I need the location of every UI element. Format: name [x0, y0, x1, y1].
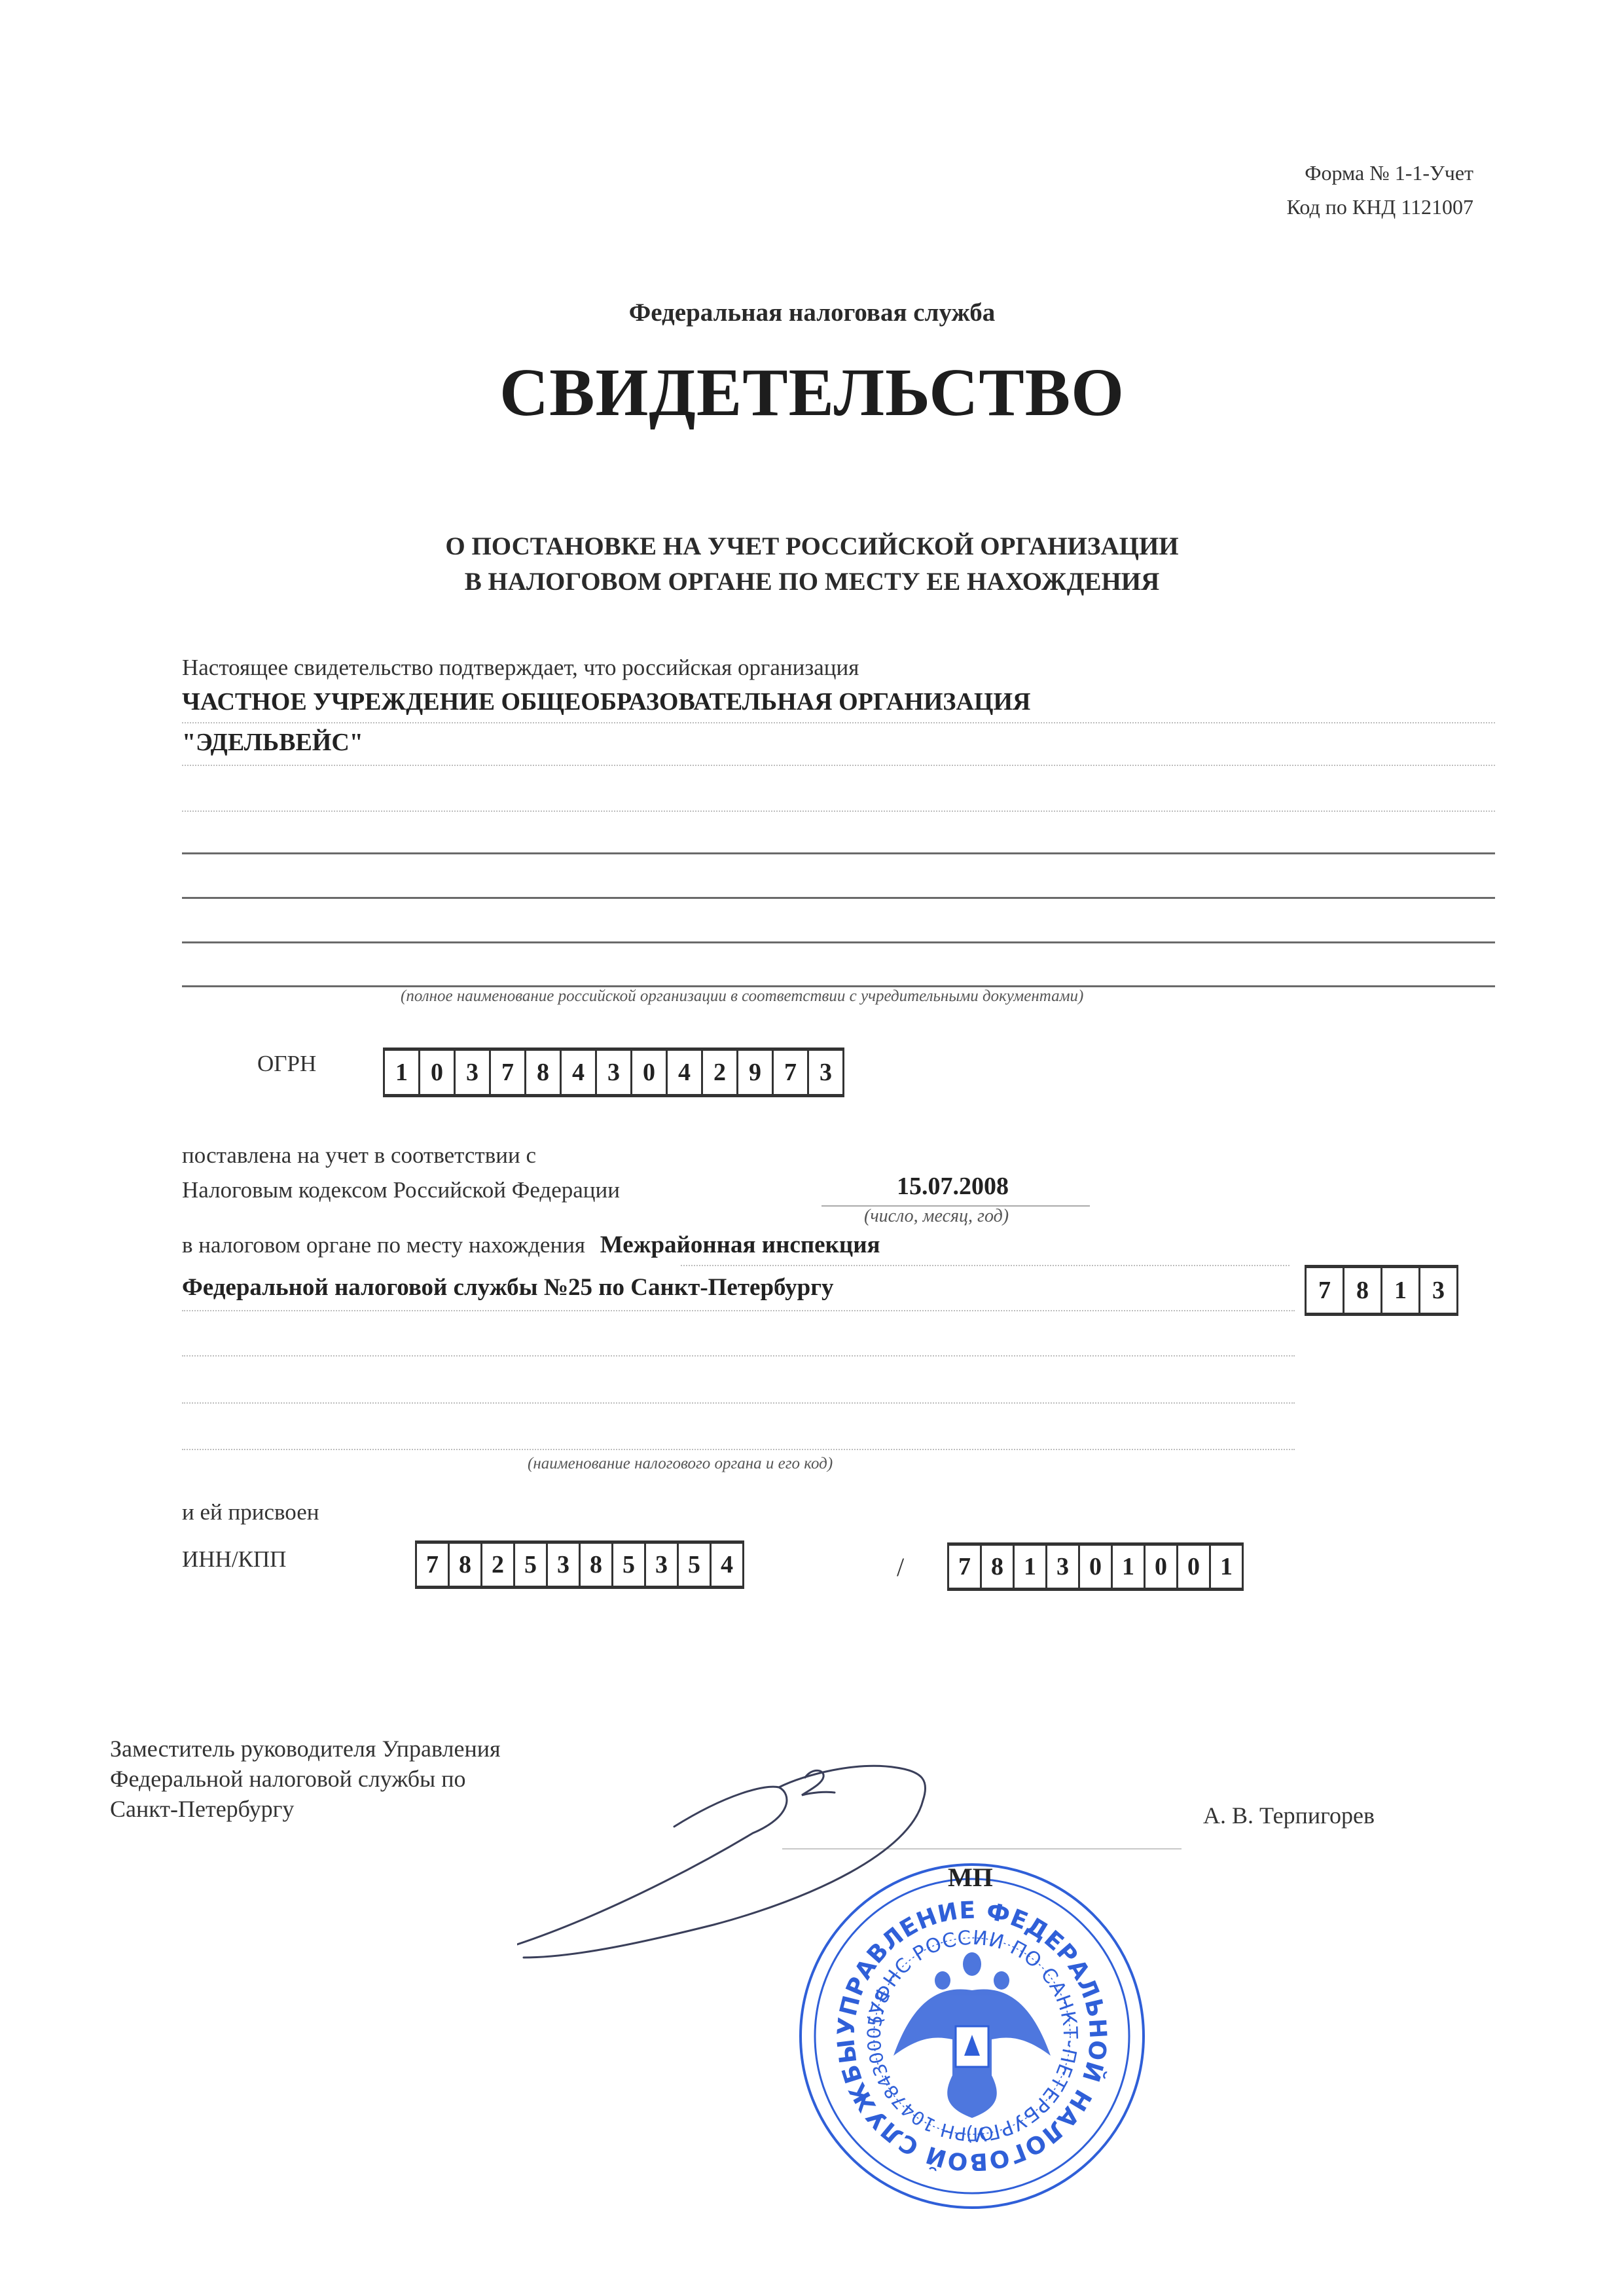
inn-digit: 2: [482, 1544, 515, 1586]
ogrn-label: ОГРН: [257, 1051, 316, 1077]
ogrn-digit: 3: [597, 1051, 632, 1094]
inn-digit: 7: [417, 1544, 450, 1586]
ogrn-digit: 0: [632, 1051, 668, 1094]
signer-position-line-2: Федеральной налоговой службы по: [110, 1764, 501, 1794]
kpp-digit: 0: [1080, 1546, 1113, 1588]
ogrn-digit: 7: [774, 1051, 809, 1094]
organization-name-line-1: ЧАСТНОЕ УЧРЕЖДЕНИЕ ОБЩЕОБРАЗОВАТЕЛЬНАЯ О…: [182, 687, 1031, 716]
form-identifier: Форма № 1-1-Учет Код по КНД 1121007: [1287, 156, 1473, 224]
ogrn-digit: 2: [703, 1051, 738, 1094]
tax-code-digit: 1: [1382, 1268, 1420, 1313]
document-title: СВИДЕТЕЛЬСТВО: [0, 354, 1624, 431]
date-caption: (число, месяц, год): [864, 1206, 1009, 1227]
ogrn-digit: 4: [562, 1051, 597, 1094]
assignment-label: и ей присвоен: [182, 1499, 319, 1525]
tax-authority-name-part-2: Федеральной налоговой службы №25 по Санк…: [182, 1273, 834, 1302]
tax-authority-name-part-1: Межрайонная инспекция: [600, 1231, 880, 1258]
organization-name-line-2: "ЭДЕЛЬВЕЙС": [182, 728, 363, 757]
divider: [182, 1449, 1295, 1450]
kpp-digit: 0: [1146, 1546, 1178, 1588]
divider: [182, 1402, 1295, 1404]
divider: [182, 765, 1495, 766]
tax-code-digit: 7: [1307, 1268, 1344, 1313]
tax-code-digit: 3: [1420, 1268, 1458, 1313]
signer-position-line-1: Заместитель руководителя Управления: [110, 1734, 501, 1764]
inn-kpp-label: ИНН/КПП: [182, 1546, 286, 1573]
divider: [182, 722, 1495, 723]
kpp-digit: 0: [1178, 1546, 1211, 1588]
tax-authority-code-cells: 7 8 1 3: [1305, 1265, 1458, 1316]
ogrn-digit: 4: [668, 1051, 703, 1094]
knd-code: Код по КНД 1121007: [1287, 190, 1473, 224]
registration-line-2: Налоговым кодексом Российской Федерации: [182, 1177, 620, 1203]
inn-cells: 7 8 2 5 3 8 5 3 5 4: [415, 1540, 744, 1589]
ogrn-digit: 7: [491, 1051, 526, 1094]
ogrn-digit: 1: [385, 1051, 420, 1094]
tax-authority-prefix: в налоговом органе по месту нахождения М…: [182, 1231, 880, 1259]
document-subtitle: О ПОСТАНОВКЕ НА УЧЕТ РОССИЙСКОЙ ОРГАНИЗА…: [0, 529, 1624, 600]
signer-position-line-3: Санкт-Петербургу: [110, 1794, 501, 1824]
divider: [182, 941, 1495, 943]
inn-digit: 4: [712, 1544, 744, 1586]
divider: [182, 1310, 1295, 1311]
subtitle-line-1: О ПОСТАНОВКЕ НА УЧЕТ РОССИЙСКОЙ ОРГАНИЗА…: [0, 529, 1624, 564]
kpp-cells: 7 8 1 3 0 1 0 0 1: [947, 1542, 1244, 1591]
organization-caption: (полное наименование российской организа…: [401, 987, 1083, 1006]
ogrn-digit: 8: [526, 1051, 562, 1094]
tax-code-digit: 8: [1344, 1268, 1382, 1313]
subtitle-line-2: В НАЛОГОВОМ ОРГАНЕ ПО МЕСТУ ЕЕ НАХОЖДЕНИ…: [0, 564, 1624, 600]
kpp-digit: 8: [982, 1546, 1015, 1588]
registration-date: 15.07.2008: [897, 1172, 1009, 1201]
inn-digit: 3: [548, 1544, 581, 1586]
signer-name: А. В. Терпигорев: [1203, 1802, 1375, 1829]
intro-text: Настоящее свидетельство подтверждает, чт…: [182, 655, 859, 681]
inn-digit: 5: [515, 1544, 548, 1586]
tax-authority-prefix-text: в налоговом органе по месту нахождения: [182, 1232, 585, 1258]
kpp-digit: 1: [1211, 1546, 1244, 1588]
inn-kpp-separator: /: [897, 1552, 904, 1582]
ogrn-digit: 0: [420, 1051, 456, 1094]
ogrn-digit: 3: [456, 1051, 491, 1094]
kpp-digit: 7: [949, 1546, 982, 1588]
divider: [681, 1265, 1290, 1266]
inn-digit: 8: [581, 1544, 613, 1586]
signer-position: Заместитель руководителя Управления Феде…: [110, 1734, 501, 1824]
inn-digit: 5: [679, 1544, 712, 1586]
divider: [182, 1355, 1295, 1357]
ogrn-digit: 3: [809, 1051, 844, 1094]
agency-name: Федеральная налоговая служба: [0, 298, 1624, 327]
ogrn-digit: 9: [738, 1051, 774, 1094]
registration-line-1: поставлена на учет в соответствии с: [182, 1142, 536, 1169]
seal-mark-label: МП: [948, 1862, 993, 1893]
kpp-digit: 1: [1015, 1546, 1047, 1588]
tax-authority-caption: (наименование налогового органа и его ко…: [528, 1455, 833, 1473]
divider: [182, 811, 1495, 812]
form-number: Форма № 1-1-Учет: [1287, 156, 1473, 190]
ogrn-cells: 1 0 3 7 8 4 3 0 4 2 9 7 3: [383, 1048, 844, 1097]
divider: [182, 852, 1495, 854]
handwritten-signature-icon: [517, 1755, 1106, 1964]
divider: [182, 897, 1495, 899]
inn-digit: 8: [450, 1544, 482, 1586]
inn-digit: 5: [613, 1544, 646, 1586]
kpp-digit: 3: [1047, 1546, 1080, 1588]
kpp-digit: 1: [1113, 1546, 1146, 1588]
inn-digit: 3: [646, 1544, 679, 1586]
